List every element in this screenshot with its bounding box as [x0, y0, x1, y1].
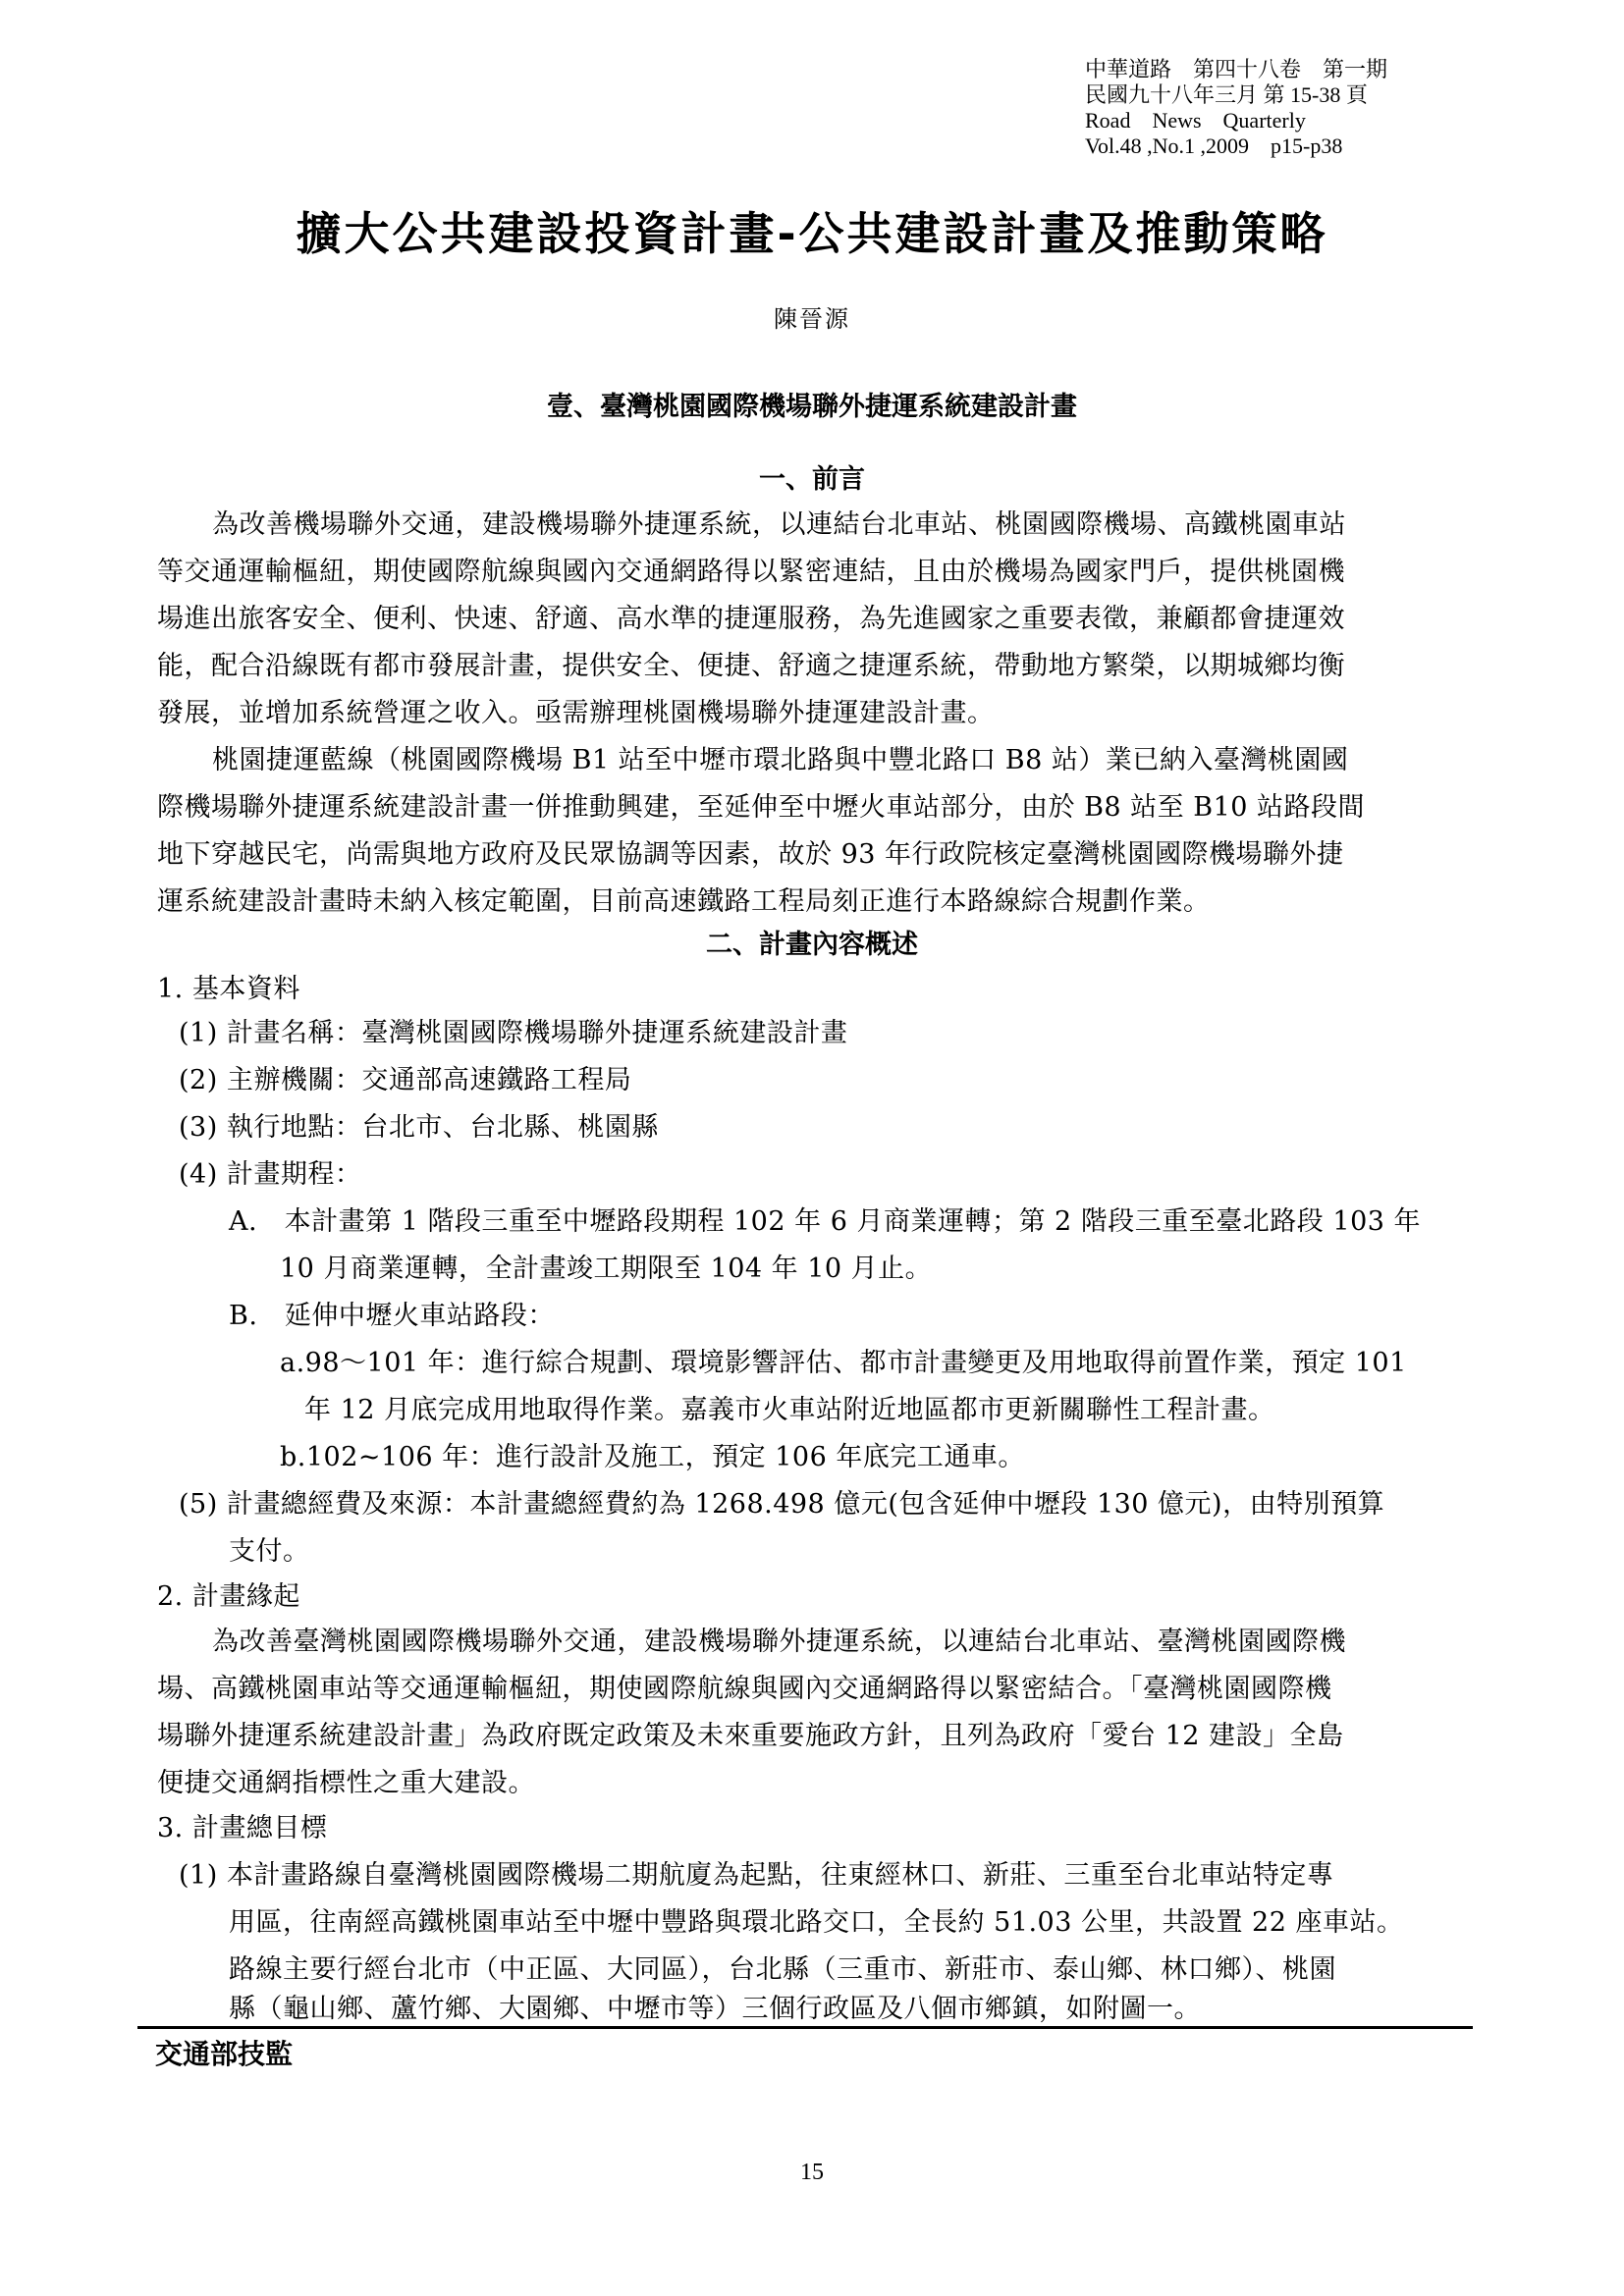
schedule-item-B-b: b.102~106 年：進行設計及施工，預定 106 年底完工通車。 — [280, 1441, 1025, 1474]
page-number: 15 — [0, 2160, 1624, 2186]
list-item-location: (3) 執行地點：台北市、台北縣、桃園縣 — [179, 1111, 659, 1145]
journal-header-line-1: 中華道路 第四十八卷 第一期 — [1085, 57, 1387, 82]
list-item-schedule: (4) 計畫期程： — [179, 1158, 361, 1192]
paragraph-line: 為改善臺灣桃園國際機場聯外交通，建設機場聯外捷運系統，以連結台北車站、臺灣桃園國… — [212, 1626, 1346, 1659]
paper-title: 擴大公共建設投資計畫-公共建設計畫及推動策略 — [0, 206, 1624, 261]
author-affiliation: 交通部技監 — [155, 2038, 293, 2071]
list-item-agency: (2) 主辦機關：交通部高速鐵路工程局 — [179, 1064, 631, 1097]
journal-header-line-3: Road News Quarterly — [1085, 108, 1306, 133]
schedule-item-B: B. 延伸中壢火車站路段： — [229, 1300, 555, 1333]
schedule-item-A: A. 本計畫第 1 階段三重至中壢路段期程 102 年 6 月商業運轉；第 2 … — [229, 1205, 1421, 1239]
paragraph-line: 桃園捷運藍線（桃園國際機場 B1 站至中壢市環北路與中豐北路口 B8 站）業已納… — [212, 744, 1348, 777]
paragraph-line: 場、高鐵桃園車站等交通運輸樞紐，期使國際航線與國內交通網路得以緊密結合。「臺灣桃… — [157, 1673, 1332, 1706]
list-item-origin: 2. 計畫緣起 — [157, 1580, 300, 1614]
goal-item-1-cont: 路線主要行經台北市（中正區、大同區），台北縣（三重市、新莊市、泰山鄉、林口鄉）、… — [229, 1953, 1336, 1987]
author: 陳晉源 — [0, 304, 1624, 334]
list-item-goals: 3. 計畫總目標 — [157, 1812, 327, 1845]
schedule-item-B-a: a.98～101 年：進行綜合規劃、環境影響評估、都市計畫變更及用地取得前置作業… — [280, 1347, 1407, 1380]
footnote-divider — [137, 2026, 1473, 2029]
subsection-heading-overview: 二、計畫內容概述 — [0, 929, 1624, 962]
schedule-item-A-cont: 10 月商業運轉，全計畫竣工期限至 104 年 10 月止。 — [280, 1253, 932, 1286]
goal-item-1-cont: 縣（龜山鄉、蘆竹鄉、大園鄉、中壢市等）三個行政區及八個市鄉鎮，如附圖一。 — [229, 1993, 1201, 2026]
goal-item-1-cont: 用區，往南經高鐵桃園車站至中壢中豐路與環北路交口，全長約 51.03 公里，共設… — [229, 1906, 1403, 1940]
list-item-budget: (5) 計畫總經費及來源：本計畫總經費約為 1268.498 億元(包含延伸中壢… — [179, 1488, 1384, 1522]
subsection-heading-preface: 一、前言 — [0, 463, 1624, 497]
paragraph-line: 發展，並增加系統營運之收入。亟需辦理桃園機場聯外捷運建設計畫。 — [157, 697, 995, 730]
paragraph-line: 地下穿越民宅，尚需與地方政府及民眾協調等因素，故於 93 年行政院核定臺灣桃園國… — [157, 838, 1344, 872]
paragraph-line: 便捷交通網指標性之重大建設。 — [157, 1767, 535, 1800]
paragraph-line: 等交通運輸樞紐，期使國際航線與國內交通網路得以緊密連結，且由於機場為國家門戶，提… — [157, 556, 1345, 589]
goal-item-1: (1) 本計畫路線自臺灣桃園國際機場二期航廈為起點，往東經林口、新莊、三重至台北… — [179, 1859, 1333, 1893]
list-item-budget-cont: 支付。 — [229, 1535, 310, 1569]
journal-header-line-4: Vol.48 ,No.1 ,2009 p15-p38 — [1085, 133, 1342, 159]
journal-header-line-2: 民國九十八年三月 第 15-38 頁 — [1085, 82, 1368, 108]
paragraph-line: 場進出旅客安全、便利、快速、舒適、高水準的捷運服務，為先進國家之重要表徵，兼顧都… — [157, 603, 1345, 636]
list-item-plan-name: (1) 計畫名稱：臺灣桃園國際機場聯外捷運系統建設計畫 — [179, 1017, 847, 1050]
paragraph-line: 際機場聯外捷運系統建設計畫一併推動興建，至延伸至中壢火車站部分，由於 B8 站至… — [157, 791, 1365, 825]
list-item-basic-info: 1. 基本資料 — [157, 973, 300, 1006]
paragraph-line: 場聯外捷運系統建設計畫」為政府既定政策及未來重要施政方針，且列為政府「愛台 12… — [157, 1720, 1344, 1753]
section-heading-main: 壹、臺灣桃園國際機場聯外捷運系統建設計畫 — [0, 391, 1624, 424]
paragraph-line: 能，配合沿線既有都市發展計畫，提供安全、便捷、舒適之捷運系統，帶動地方繁榮，以期… — [157, 650, 1345, 683]
schedule-item-B-a-cont: 年 12 月底完成用地取得作業。嘉義市火車站附近地區都市更新關聯性工程計畫。 — [304, 1394, 1275, 1427]
paragraph-line: 運系統建設計畫時未納入核定範圍，目前高速鐵路工程局刻正進行本路線綜合規劃作業。 — [157, 885, 1211, 919]
paragraph-line: 為改善機場聯外交通，建設機場聯外捷運系統，以連結台北車站、桃園國際機場、高鐵桃園… — [212, 508, 1346, 542]
